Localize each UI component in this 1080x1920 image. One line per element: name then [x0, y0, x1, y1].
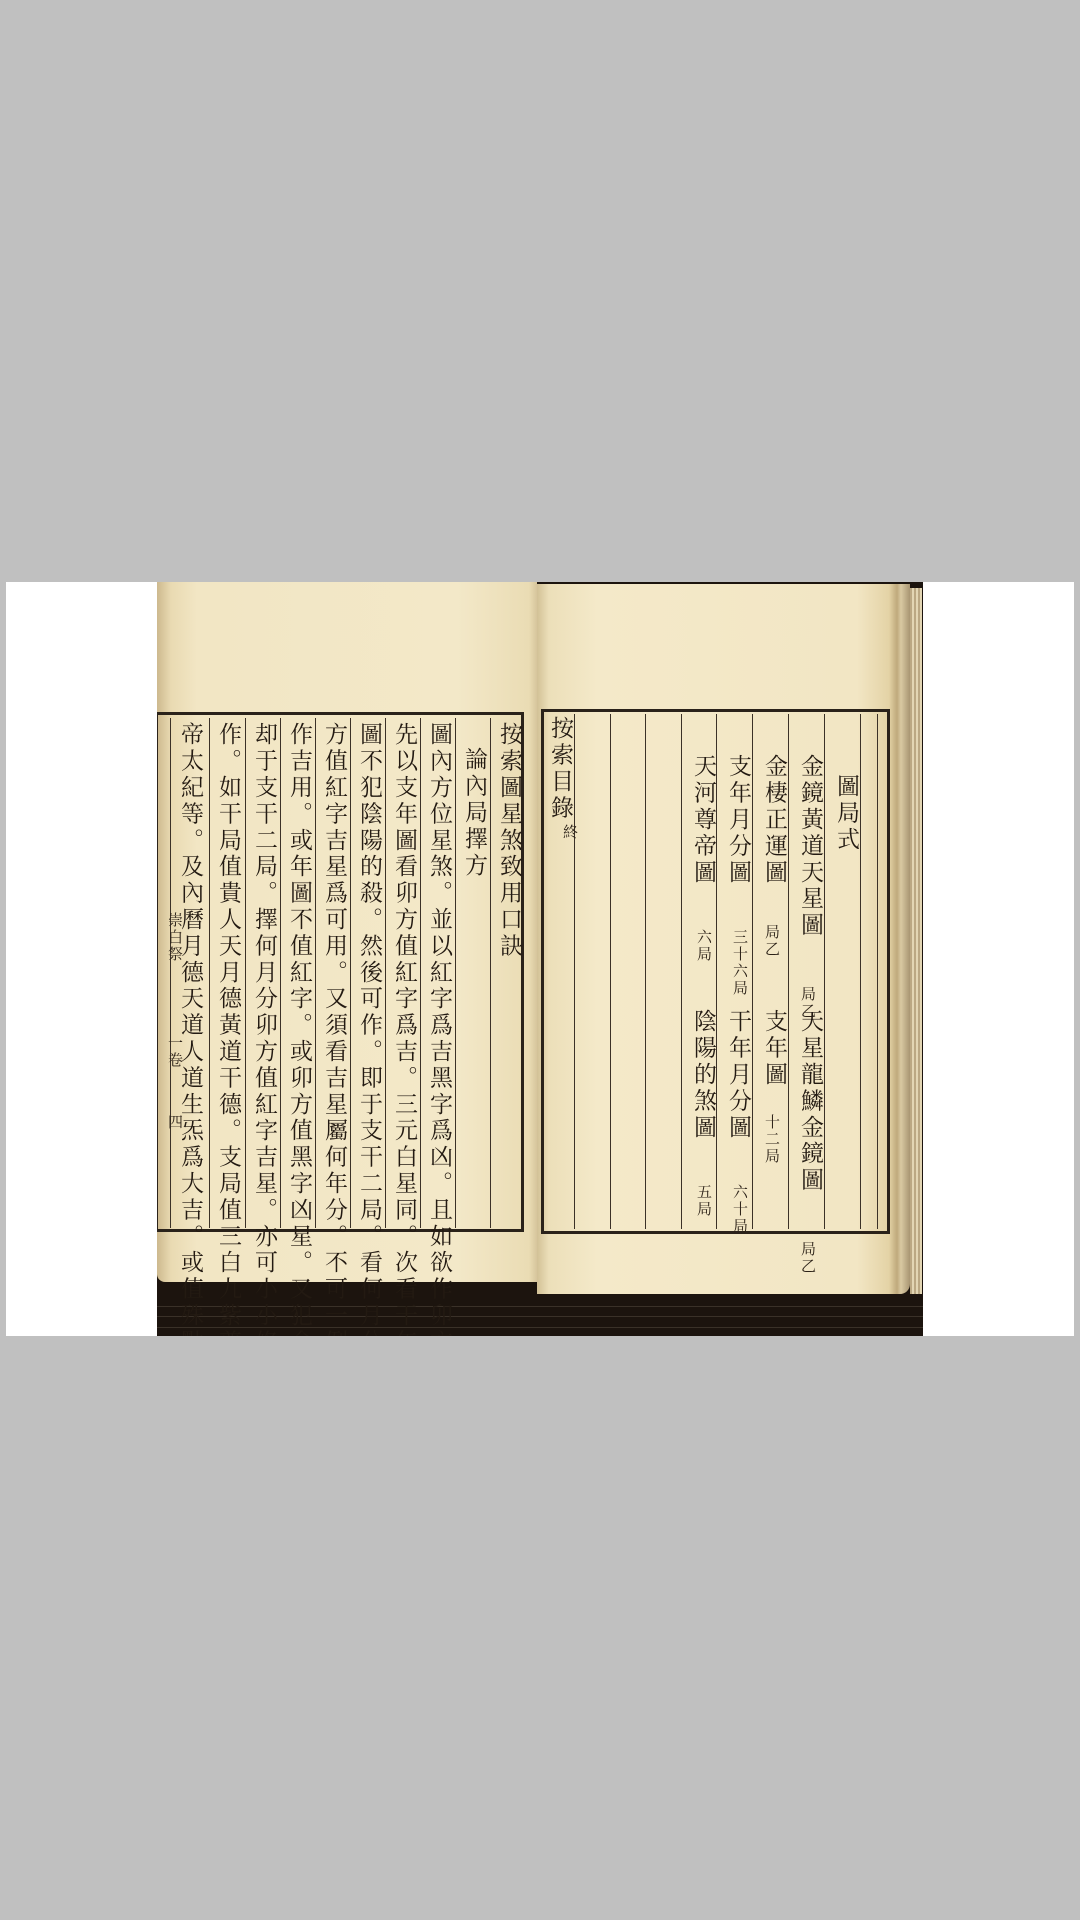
stacked-page-edges — [910, 588, 922, 1294]
entry-title: 金棲正運圖 — [757, 754, 791, 886]
margin-volume: 一卷 — [158, 1035, 192, 1069]
entry-title: 天河尊帝圖 — [686, 754, 720, 886]
entry-title: 陰陽的煞圖 — [686, 1009, 720, 1141]
text-column: 圖內方位星煞。並以紅字爲吉黑字爲凶。且如欲作卯方。 — [422, 722, 456, 1336]
entry-title: 支年圖 — [757, 1009, 791, 1088]
margin-book-name: 崇白祭 — [158, 912, 192, 963]
column-rule — [681, 714, 682, 1229]
column-rule — [645, 714, 646, 1229]
column-rule — [245, 718, 246, 1228]
column-rule — [170, 718, 171, 1228]
left-page-title: 按索圖星煞致用口訣 — [492, 722, 526, 960]
entry-note: 十二局 — [755, 1114, 789, 1165]
entry-title: 天星龍鱗金鏡圖 — [793, 1009, 827, 1194]
column-rule — [610, 714, 611, 1229]
entry-note: 三十六局 — [723, 929, 757, 997]
text-column: 作。如干局值貴人天月德黃道干德。支局值三白九紫尊 — [211, 722, 245, 1336]
column-rule — [209, 718, 210, 1228]
column-rule — [877, 714, 878, 1229]
entry-note: 六十局 — [723, 1184, 757, 1235]
margin-page-number: 四 — [158, 1114, 192, 1131]
text-column: 圖不犯陰陽的殺。然後可作。即于支干二局。看何月分卯 — [352, 722, 386, 1336]
right-page: 圖局式 金鏡黃道天星圖 局乙 天星龍鱗金鏡圖 局乙 金棲正運圖 局乙 支年圖 十… — [537, 584, 910, 1294]
end-note: 終 — [553, 824, 587, 841]
right-page-heading: 圖局式 — [829, 774, 863, 853]
left-page: 按索圖星煞致用口訣 論內局擇方 圖內方位星煞。並以紅字爲吉黑字爲凶。且如欲作卯方… — [157, 582, 537, 1282]
entry-title: 支年月分圖 — [721, 754, 755, 886]
entry-note: 六局 — [687, 929, 721, 963]
text-column: 却于支干二局。擇何月分卯方值紅字吉星。亦可小小修 — [247, 722, 281, 1336]
left-page-subtitle: 論內局擇方 — [457, 747, 491, 879]
entry-title: 干年月分圖 — [721, 1009, 755, 1141]
text-column: 先以支年圖看卯方值紅字爲吉。三元白星同。次看干年 — [387, 722, 421, 1336]
text-column: 帝太紀等。及內曆月德天道人道生炁爲大吉。或值殊點 — [173, 722, 207, 1336]
book-scan-image: 按索圖星煞致用口訣 論內局擇方 圖內方位星煞。並以紅字爲吉黑字爲凶。且如欲作卯方… — [157, 582, 923, 1336]
entry-note: 五局 — [687, 1184, 721, 1218]
text-column: 方值紅字吉星爲可用。又須看吉星屬何年分。不可一例 — [317, 722, 351, 1336]
entry-note: 局乙 — [755, 924, 789, 958]
entry-note: 局乙 — [791, 1241, 825, 1275]
table-of-contents-end: 按索目錄 — [543, 716, 577, 822]
text-column: 作吉用。或年圖不值紅字。或卯方值黑字凶星。又犯命煞。 — [282, 722, 316, 1336]
entry-title: 金鏡黃道天星圖 — [793, 754, 827, 939]
